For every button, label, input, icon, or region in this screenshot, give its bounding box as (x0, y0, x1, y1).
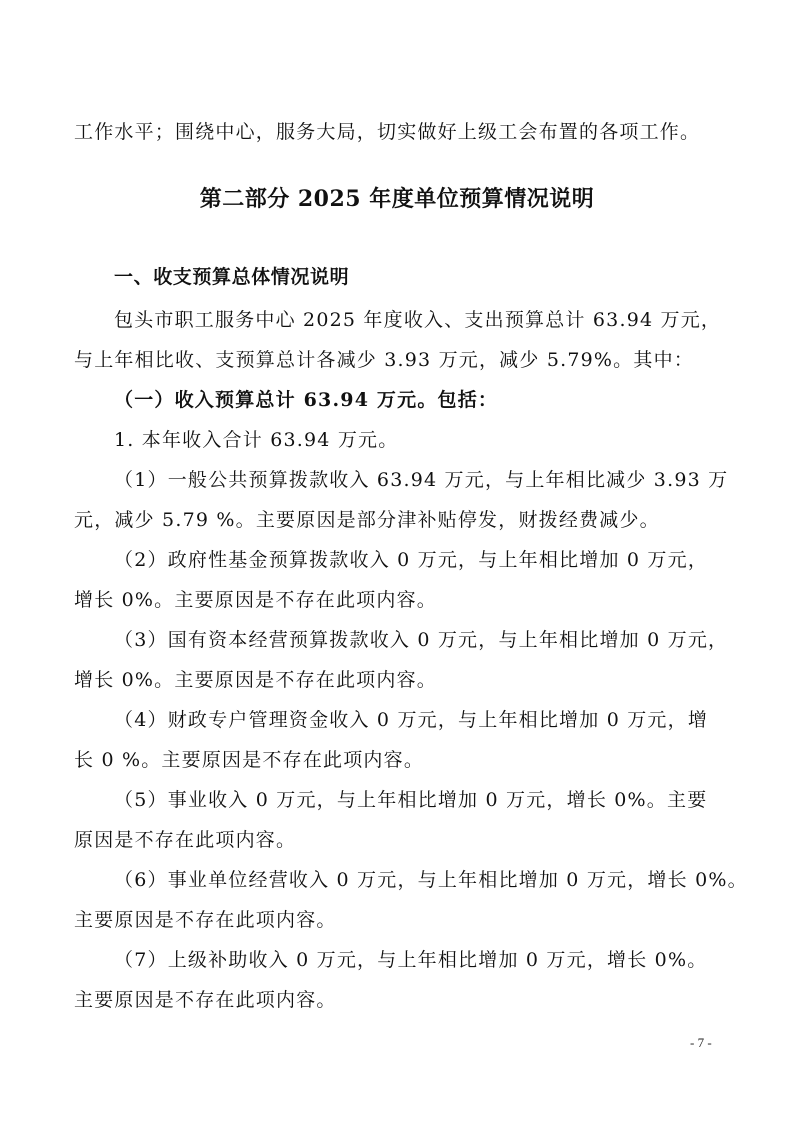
section-heading: 一、收支预算总体情况说明 (114, 265, 722, 289)
income-item-7-line-1: （7）上级补助收入 0 万元，与上年相比增加 0 万元，增长 0%。 (114, 948, 722, 972)
income-item-1-line-2: 元，减少 5.79 %。主要原因是部分津补贴停发，财拨经费减少。 (74, 508, 722, 532)
income-item-3-line-2: 增长 0%。主要原因是不存在此项内容。 (74, 668, 722, 692)
item-1-total-income: 1. 本年收入合计 63.94 万元。 (114, 428, 722, 452)
page-number: - 7 - (690, 1035, 712, 1051)
income-item-4-line-1: （4）财政专户管理资金收入 0 万元，与上年相比增加 0 万元，增 (114, 708, 722, 732)
income-item-4-line-2: 长 0 %。主要原因是不存在此项内容。 (74, 748, 722, 772)
income-item-2-line-2: 增长 0%。主要原因是不存在此项内容。 (74, 588, 722, 612)
summary-line-1: 包头市职工服务中心 2025 年度收入、支出预算总计 63.94 万元， (114, 308, 722, 332)
subsection-heading: （一）收入预算总计 63.94 万元。包括： (114, 388, 722, 412)
income-item-6-line-2: 主要原因是不存在此项内容。 (74, 908, 722, 932)
continuation-text: 工作水平；围绕中心，服务大局，切实做好上级工会布置的各项工作。 (74, 120, 722, 144)
income-item-2-line-1: （2）政府性基金预算拨款收入 0 万元，与上年相比增加 0 万元， (114, 548, 722, 572)
summary-line-2: 与上年相比收、支预算总计各减少 3.93 万元，减少 5.79%。其中： (74, 348, 722, 372)
part-title: 第二部分 2025 年度单位预算情况说明 (0, 185, 794, 213)
income-item-5-line-1: （5）事业收入 0 万元，与上年相比增加 0 万元，增长 0%。主要 (114, 788, 722, 812)
income-item-3-line-1: （3）国有资本经营预算拨款收入 0 万元，与上年相比增加 0 万元， (114, 628, 722, 652)
income-item-5-line-2: 原因是不存在此项内容。 (74, 828, 722, 852)
income-item-6-line-1: （6）事业单位经营收入 0 万元，与上年相比增加 0 万元，增长 0%。 (114, 868, 722, 892)
document-page: 工作水平；围绕中心，服务大局，切实做好上级工会布置的各项工作。 第二部分 202… (0, 0, 794, 1123)
income-item-1-line-1: （1）一般公共预算拨款收入 63.94 万元，与上年相比减少 3.93 万 (114, 468, 722, 492)
income-item-7-line-2: 主要原因是不存在此项内容。 (74, 988, 722, 1012)
